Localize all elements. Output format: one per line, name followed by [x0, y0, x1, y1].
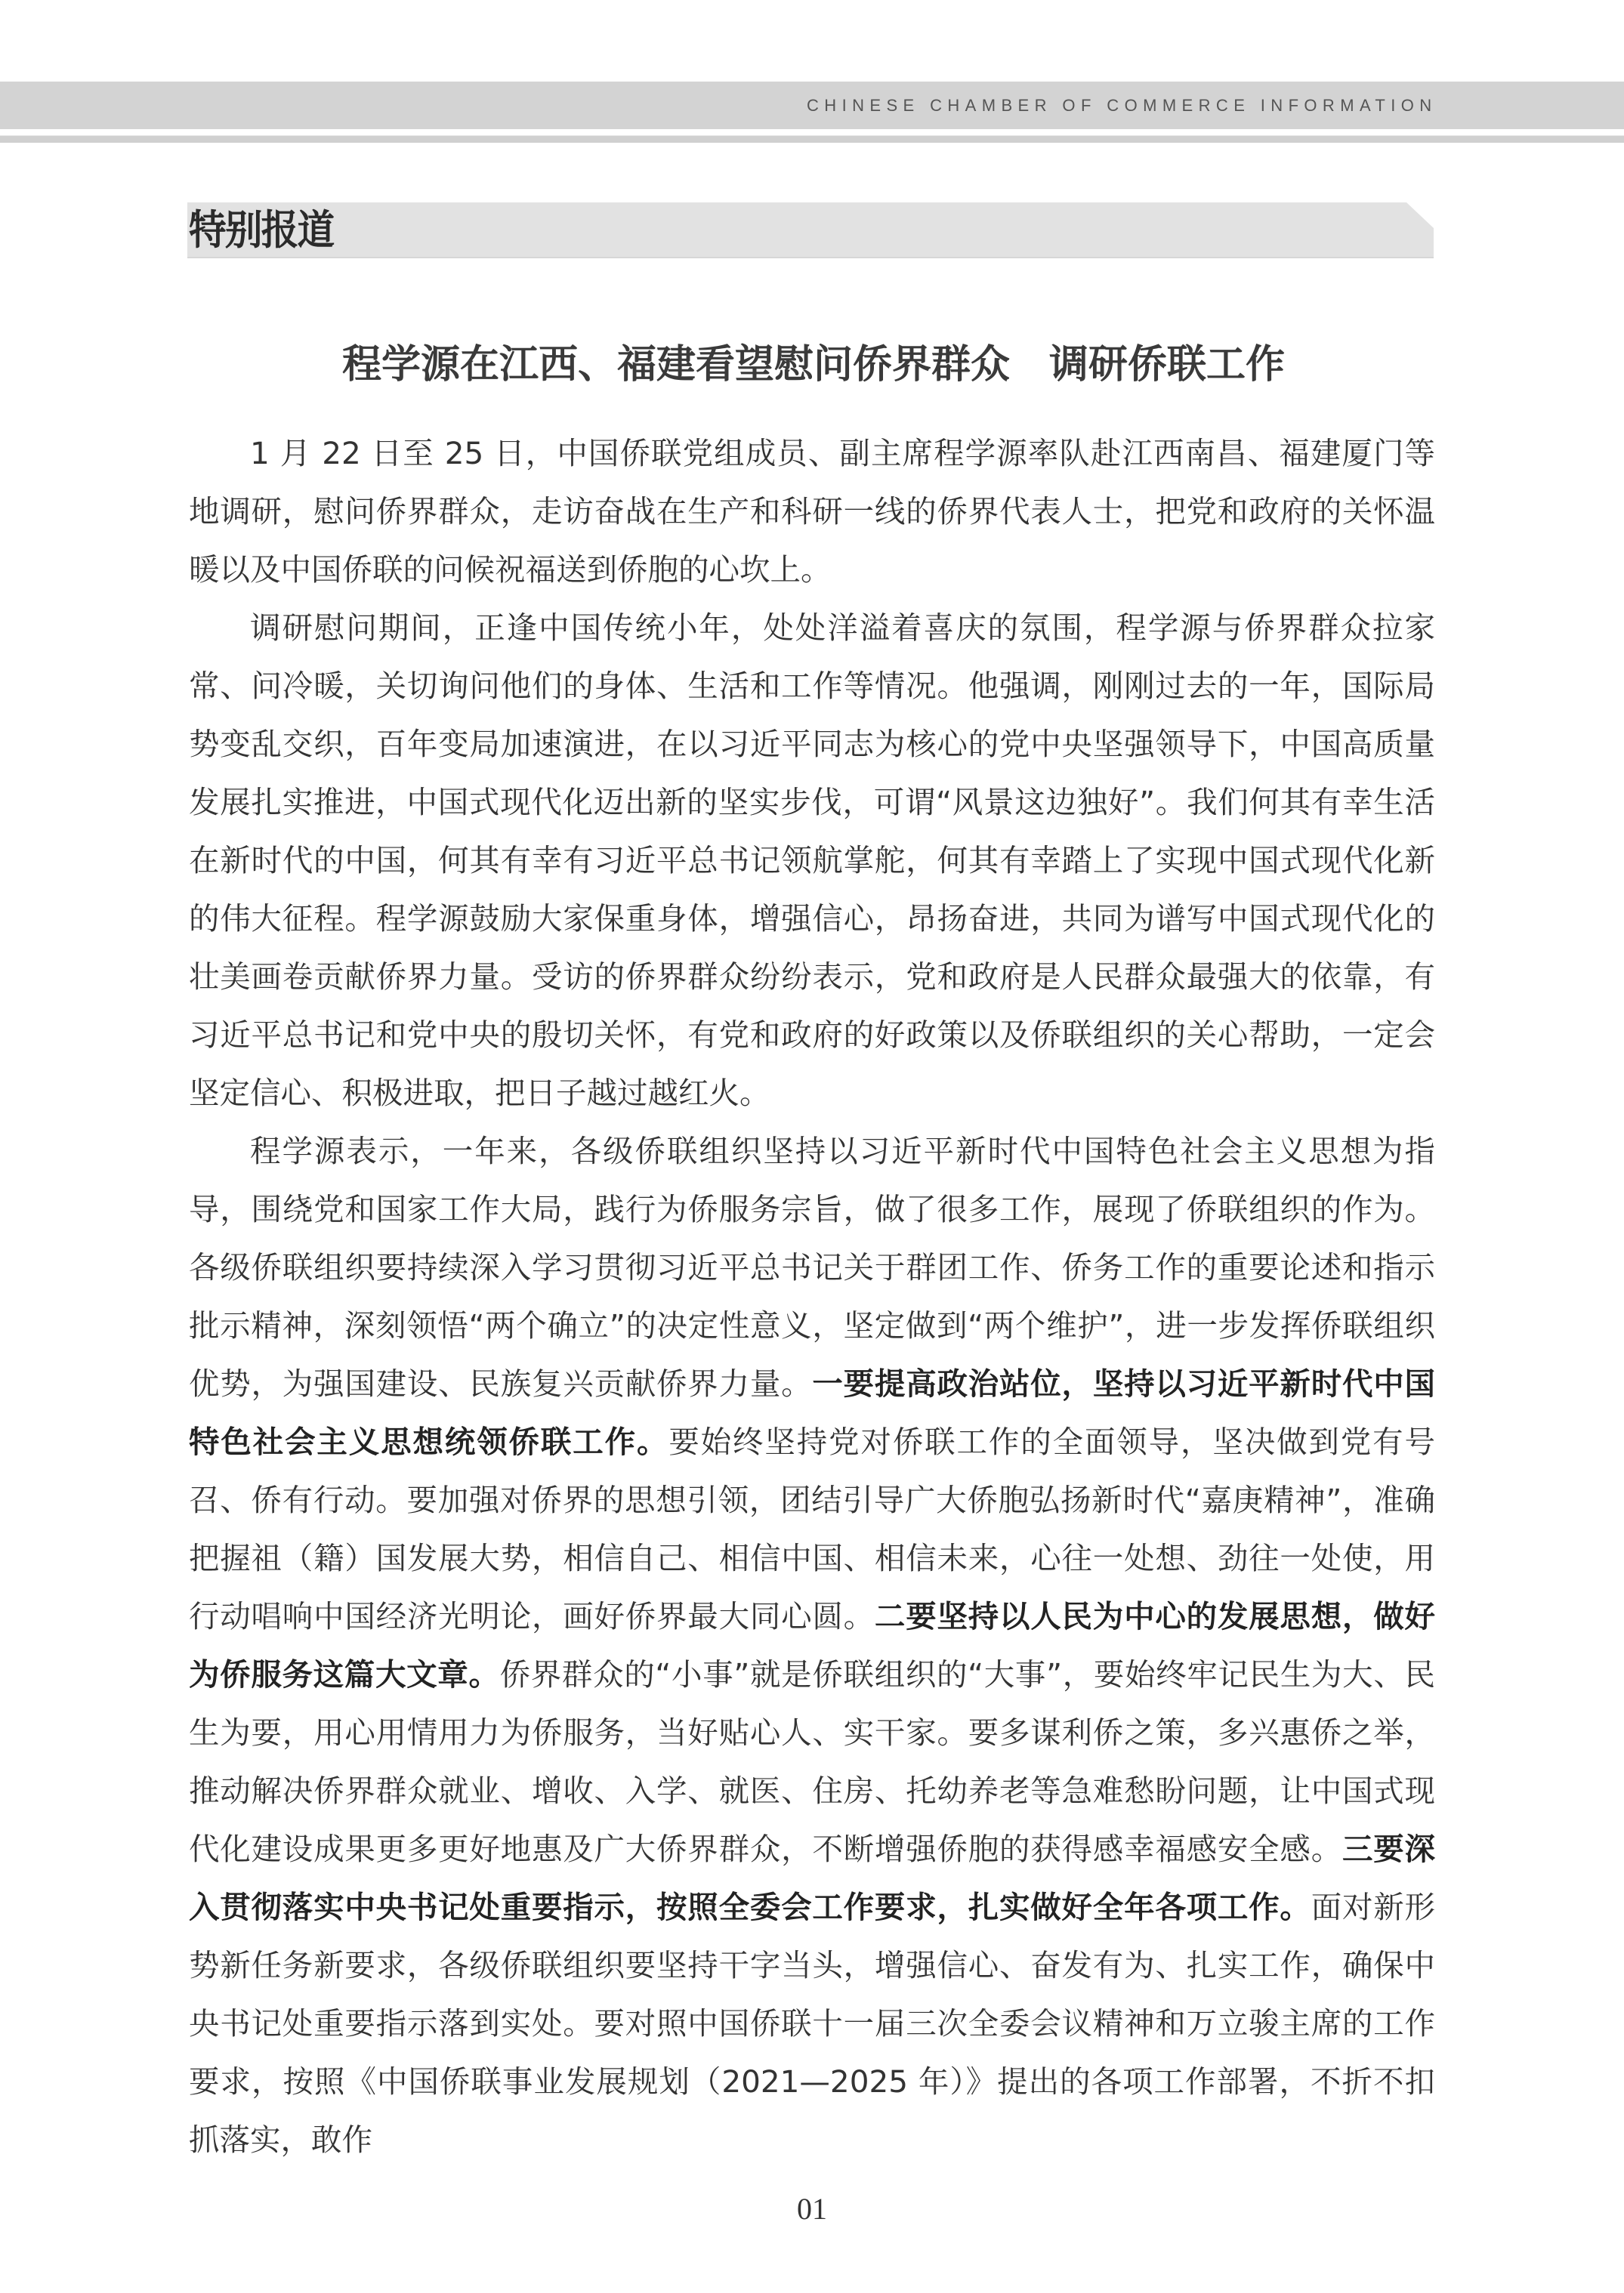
publication-name: CHINESE CHAMBER OF COMMERCE INFORMATION — [807, 97, 1437, 115]
paragraph: 1 月 22 日至 25 日，中国侨联党组成员、副主席程学源率队赴江西南昌、福建… — [189, 424, 1435, 599]
paragraph: 程学源表示，一年来，各级侨联组织坚持以习近平新时代中国特色社会主义思想为指导，围… — [189, 1122, 1435, 2169]
section-banner — [187, 202, 1434, 258]
paragraph-text: 程学源表示，一年来，各级侨联组织坚持以习近平新时代中国特色社会主义思想为指导，围… — [189, 1133, 1435, 1402]
paragraph: 调研慰问期间，正逢中国传统小年，处处洋溢着喜庆的氛围，程学源与侨界群众拉家常、问… — [189, 599, 1435, 1122]
article-title: 程学源在江西、福建看望慰问侨界群众 调研侨联工作 — [0, 338, 1624, 391]
paragraph-text: 1 月 22 日至 25 日，中国侨联党组成员、副主席程学源率队赴江西南昌、福建… — [189, 435, 1435, 588]
paragraph-text: 调研慰问期间，正逢中国传统小年，处处洋溢着喜庆的氛围，程学源与侨界群众拉家常、问… — [189, 610, 1435, 1111]
paragraph-text: 面对新形势新任务新要求，各级侨联组织要坚持干字当头，增强信心、奋发有为、扎实工作… — [189, 1889, 1435, 2158]
article-body: 1 月 22 日至 25 日，中国侨联党组成员、副主席程学源率队赴江西南昌、福建… — [189, 424, 1435, 2169]
page-number: 01 — [0, 2190, 1624, 2228]
section-title: 特别报道 — [189, 205, 333, 254]
header-divider-strip — [0, 135, 1624, 143]
